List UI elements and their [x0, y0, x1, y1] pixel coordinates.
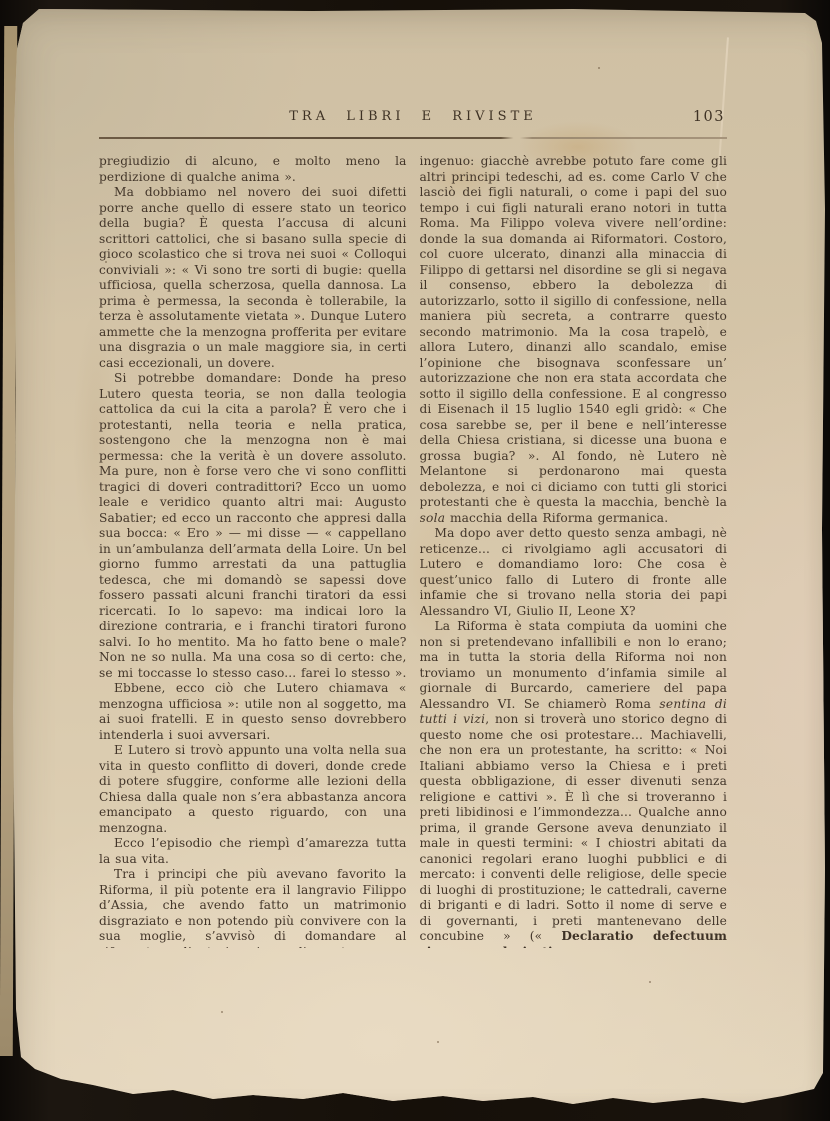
paragraph: Tra i principi che più avevano favorito …	[99, 867, 407, 948]
paragraph: Ebbene, ecco ciò che Lutero chiamava « m…	[99, 681, 407, 743]
paper-speck	[221, 1011, 223, 1013]
paragraph: ingenuo: giacchè avrebbe potuto fare com…	[420, 154, 728, 526]
page-number: 103	[693, 109, 725, 125]
running-title: TRA LIBRI E RIVISTE	[99, 109, 727, 124]
page-header: TRA LIBRI E RIVISTE 103	[99, 109, 727, 129]
paragraph: pregiudizio di alcuno, e molto meno la p…	[99, 154, 407, 185]
right-column: ingenuo: giacchè avrebbe potuto fare com…	[420, 154, 728, 948]
header-rule	[99, 137, 727, 139]
paper-speck	[649, 981, 651, 983]
book-page: TRA LIBRI E RIVISTE 103 pregiudizio di a…	[13, 9, 826, 1109]
paragraph: Si potrebbe domandare: Donde ha preso Lu…	[99, 371, 407, 681]
text-columns: pregiudizio di alcuno, e molto meno la p…	[99, 154, 727, 948]
paragraph: E Lutero si trovò appunto una volta nell…	[99, 743, 407, 836]
paragraph: Ecco l’episodio che riempì d’amarezza tu…	[99, 836, 407, 867]
paragraph: Ma dobbiamo nel novero dei suoi difetti …	[99, 185, 407, 371]
paper-speck	[598, 67, 600, 69]
paragraph: Ma dopo aver detto questo senza ambagi, …	[420, 526, 728, 619]
paragraph: La Riforma è stata compiuta da uomini ch…	[420, 619, 728, 948]
paper-speck	[437, 1041, 439, 1043]
scanned-book-page: { "page": { "header": { "title": "TRA LI…	[0, 0, 830, 1121]
left-column: pregiudizio di alcuno, e molto meno la p…	[99, 154, 407, 948]
